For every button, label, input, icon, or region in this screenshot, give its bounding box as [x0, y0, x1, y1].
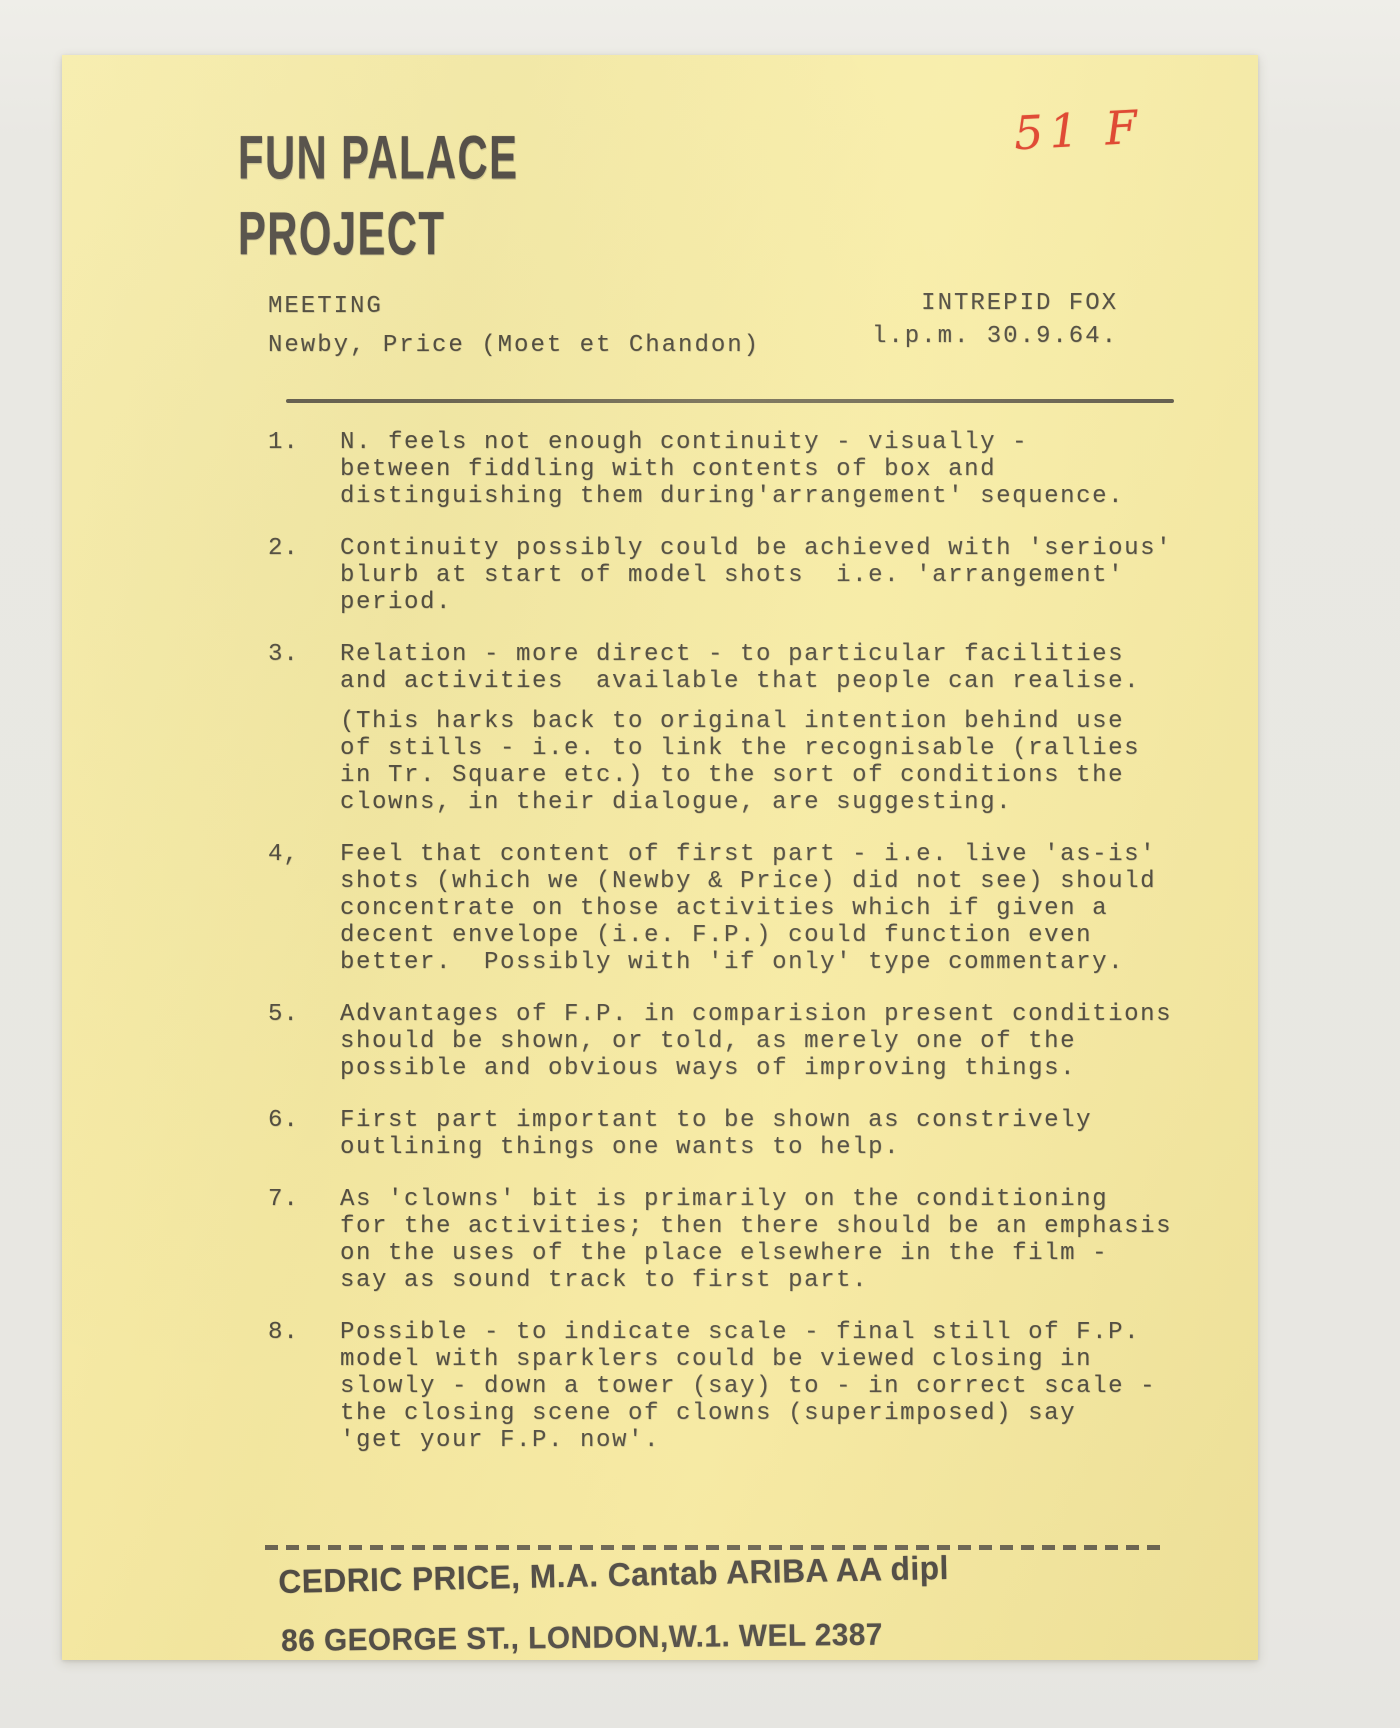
item-number: 3. — [268, 641, 340, 668]
item-number: 2. — [268, 535, 340, 562]
item-number: 8. — [268, 1319, 340, 1346]
item-number: 1. — [268, 429, 340, 456]
letterhead-footer-name: CEDRIC PRICE, M.A. Cantab ARIBA AA dipl — [278, 1549, 949, 1601]
stamp-title-line2: PROJECT — [238, 197, 518, 273]
item-paragraph: Continuity possibly could be achieved wi… — [340, 535, 1188, 616]
list-item: 6. First part important to be shown as c… — [268, 1107, 1188, 1161]
item-body: Feel that content of first part - i.e. l… — [340, 841, 1188, 976]
list-item: 5. Advantages of F.P. in comparision pre… — [268, 1001, 1188, 1082]
scanned-page-background: { "document": { "stamp_title": { "line1"… — [0, 0, 1400, 1728]
meeting-datetime: l.p.m. 30.9.64. — [762, 323, 1118, 350]
item-paragraph: Advantages of F.P. in comparision presen… — [340, 1001, 1188, 1082]
item-body: N. feels not enough continuity - visuall… — [340, 429, 1188, 510]
header-divider-line — [286, 399, 1174, 403]
list-item: 3. Relation - more direct - to particula… — [268, 641, 1188, 816]
item-paragraph: Feel that content of first part - i.e. l… — [340, 841, 1188, 976]
meeting-header-left: MEETING Newby, Price (Moet et Chandon) — [268, 293, 760, 359]
meeting-label: MEETING — [268, 293, 760, 320]
meeting-attendees: Newby, Price (Moet et Chandon) — [268, 332, 760, 359]
list-item: 7. As 'clowns' bit is primarily on the c… — [268, 1186, 1188, 1294]
item-number: 5. — [268, 1001, 340, 1028]
letterhead-footer-address: 86 GEORGE ST., LONDON,W.1. WEL 2387 — [281, 1617, 883, 1659]
item-paragraph: Possible - to indicate scale - final sti… — [340, 1319, 1188, 1454]
item-body: Relation - more direct - to particular f… — [340, 641, 1188, 816]
item-body: First part important to be shown as cons… — [340, 1107, 1188, 1161]
list-item: 8. Possible - to indicate scale - final … — [268, 1319, 1188, 1454]
handwritten-reference-number: 51 F — [1013, 100, 1145, 161]
item-number: 4, — [268, 841, 340, 868]
item-body: As 'clowns' bit is primarily on the cond… — [340, 1186, 1188, 1294]
document-page: FUN PALACE PROJECT 51 F MEETING Newby, P… — [62, 55, 1258, 1660]
list-item: 1. N. feels not enough continuity - visu… — [268, 429, 1188, 510]
meeting-venue: INTREPID FOX — [762, 290, 1118, 317]
item-paragraph: As 'clowns' bit is primarily on the cond… — [340, 1186, 1188, 1294]
item-paragraph: First part important to be shown as cons… — [340, 1107, 1188, 1161]
meeting-header-right: INTREPID FOX l.p.m. 30.9.64. — [762, 290, 1118, 350]
footer-divider-dashed-line — [265, 1545, 1165, 1550]
item-body: Continuity possibly could be achieved wi… — [340, 535, 1188, 616]
letterhead-stamp-title: FUN PALACE PROJECT — [238, 121, 518, 272]
item-paragraph: (This harks back to original intention b… — [340, 708, 1188, 816]
item-paragraph: N. feels not enough continuity - visuall… — [340, 429, 1188, 510]
list-item: 2. Continuity possibly could be achieved… — [268, 535, 1188, 616]
item-number: 7. — [268, 1186, 340, 1213]
item-body: Possible - to indicate scale - final sti… — [340, 1319, 1188, 1454]
items-list: 1. N. feels not enough continuity - visu… — [268, 429, 1188, 1454]
item-number: 6. — [268, 1107, 340, 1134]
item-paragraph: Relation - more direct - to particular f… — [340, 641, 1188, 695]
stamp-title-line1: FUN PALACE — [238, 121, 518, 197]
list-item: 4, Feel that content of first part - i.e… — [268, 841, 1188, 976]
item-body: Advantages of F.P. in comparision presen… — [340, 1001, 1188, 1082]
